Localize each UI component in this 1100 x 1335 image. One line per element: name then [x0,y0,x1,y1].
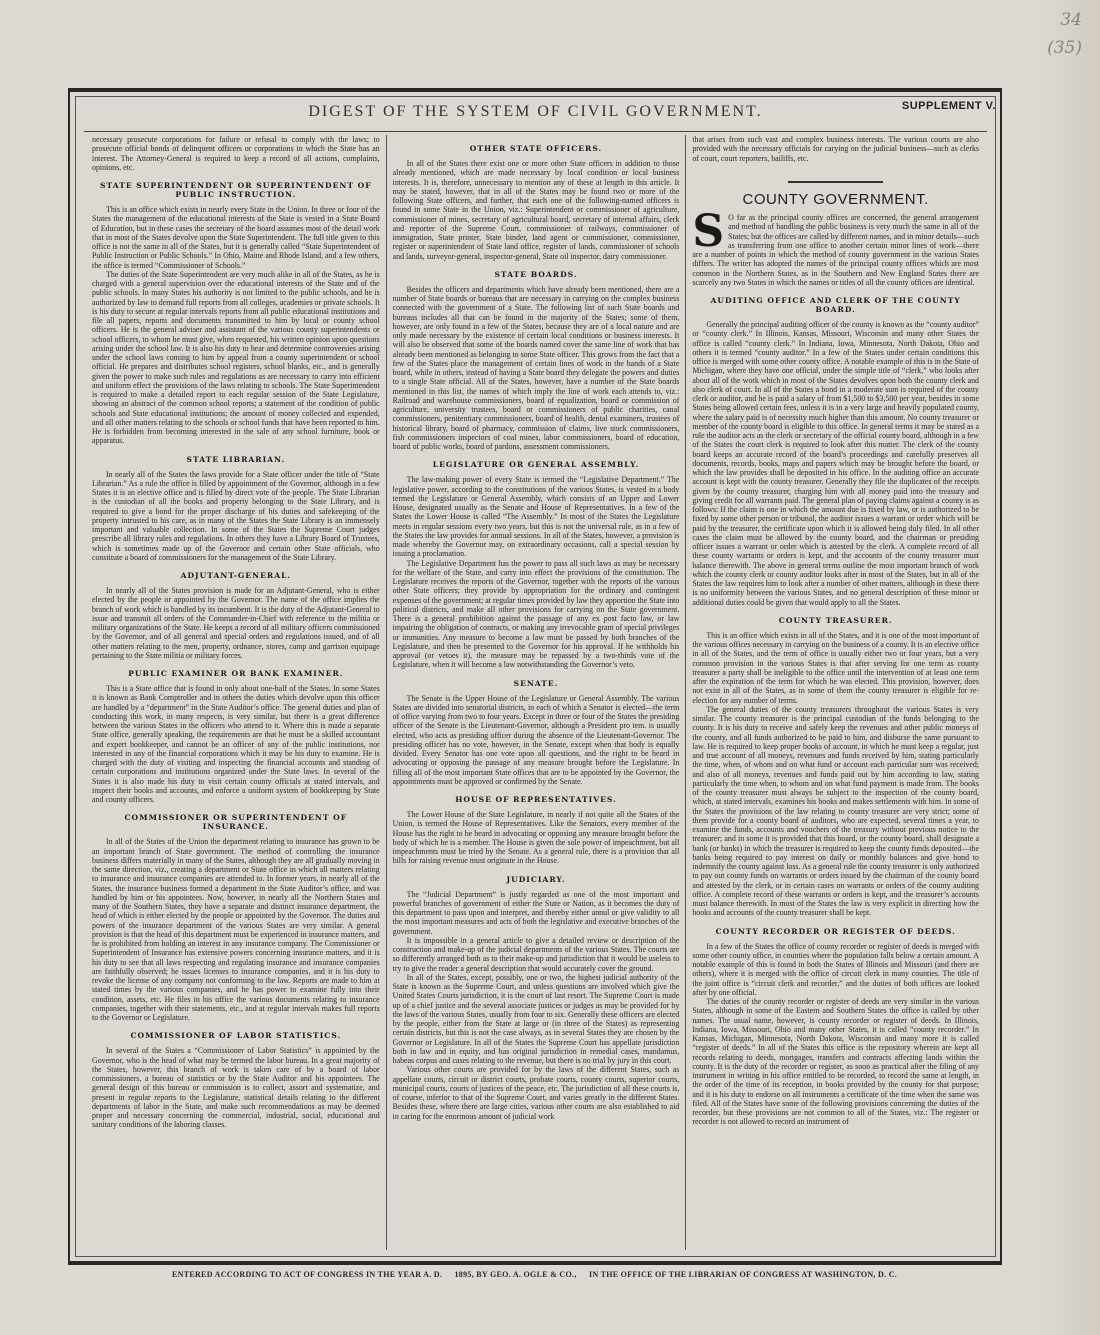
column-left: necessary prosecute corporations for fai… [86,135,386,1250]
section-heading: HOUSE OF REPRESENTATIVES. [393,795,680,804]
body-paragraph: This is an office which exists in all of… [692,631,979,705]
body-paragraph: In a few of the States the office of cou… [692,942,979,998]
body-paragraph: Generally the principal auditing officer… [692,320,979,607]
intro-paragraph-text: O far as the principal county offices ar… [692,213,979,287]
body-paragraph: The Lower House of the State Legislature… [393,810,680,866]
body-paragraph: The Legislative Department has the power… [393,559,680,670]
section-heading: LEGISLATURE OR GENERAL ASSEMBLY. [393,460,680,469]
footer-publisher: 1895, BY GEO. A. OGLE & CO., [455,1270,577,1279]
copyright-footer: ENTERED ACCORDING TO ACT OF CONGRESS IN … [172,1270,1020,1279]
page-title: DIGEST OF THE SYSTEM OF CIVIL GOVERNMENT… [76,103,995,121]
column-right: that arises from such vast and complex b… [685,135,985,1250]
body-paragraph: In all of the States, except, possibly, … [393,973,680,1066]
footer-entered: ENTERED ACCORDING TO ACT OF CONGRESS IN … [172,1270,442,1279]
body-paragraph: The law-making power of every State is t… [393,475,680,558]
body-paragraph: that arises from such vast and complex b… [692,135,979,163]
page-edge-shadow [1040,0,1100,1335]
body-paragraph: In nearly all of the States provision is… [92,586,380,660]
section-heading: STATE SUPERINTENDENT OR SUPERINTENDENT O… [92,181,380,199]
section-heading: OTHER STATE OFFICERS. [393,144,680,153]
body-paragraph: In all of the States there exist one or … [393,159,680,261]
section-heading: AUDITING OFFICE AND CLERK OF THE COUNTY … [692,296,979,314]
body-paragraph: This is a State office that is found in … [92,684,380,804]
major-section-title: COUNTY GOVERNMENT. [692,195,979,204]
section-heading: COUNTY RECORDER OR REGISTER OF DEEDS. [692,927,979,936]
page-frame: DIGEST OF THE SYSTEM OF CIVIL GOVERNMENT… [68,88,1002,1265]
body-paragraph: In nearly all of the States the laws pro… [92,470,380,563]
title-divider [84,131,987,132]
body-paragraph: The duties of the State Superintendent a… [92,270,380,446]
body-paragraph: This is an office which exists in nearly… [92,205,380,270]
section-heading: COUNTY TREASURER. [692,616,979,625]
section-heading: ADJUTANT-GENERAL. [92,571,380,580]
body-paragraph: The general duties of the county treasur… [692,705,979,918]
body-paragraph: The duties of the county recorder or reg… [692,997,979,1127]
section-heading: PUBLIC EXAMINER OR BANK EXAMINER. [92,669,380,678]
section-heading: STATE LIBRARIAN. [92,455,380,464]
column-middle: OTHER STATE OFFICERS.In all of the State… [386,135,686,1250]
section-heading: JUDICIARY. [393,875,680,884]
body-paragraph: In several of the States a “Commissioner… [92,1046,380,1129]
body-paragraph: Besides the officers and departments whi… [393,285,680,452]
section-heading: COMMISSIONER OR SUPERINTENDENT OF INSURA… [92,813,380,831]
body-paragraph: In all of the States of the Union the de… [92,837,380,1022]
body-paragraph: Various other courts are provided for by… [393,1065,680,1121]
body-paragraph: The “Judicial Department” is justly rega… [393,890,680,936]
intro-paragraph: SO far as the principal county offices a… [692,213,979,287]
section-heading: SENATE. [393,679,680,688]
body-paragraph: It is impossible in a general article to… [393,936,680,973]
text-columns: necessary prosecute corporations for fai… [86,135,985,1250]
section-heading: COMMISSIONER OF LABOR STATISTICS. [92,1031,380,1040]
section-separator [788,181,883,183]
drop-cap-letter: S [692,214,724,250]
body-paragraph: necessary prosecute corporations for fai… [92,135,380,172]
page-frame-inner: DIGEST OF THE SYSTEM OF CIVIL GOVERNMENT… [75,96,996,1257]
body-paragraph: The Senate is the Upper House of the Leg… [393,694,680,787]
footer-office: IN THE OFFICE OF THE LIBRARIAN OF CONGRE… [589,1270,897,1279]
margin-note-alt-page-number: (35) [1047,38,1082,58]
section-heading: STATE BOARDS. [393,270,680,279]
margin-note-page-number: 34 [1060,10,1082,30]
